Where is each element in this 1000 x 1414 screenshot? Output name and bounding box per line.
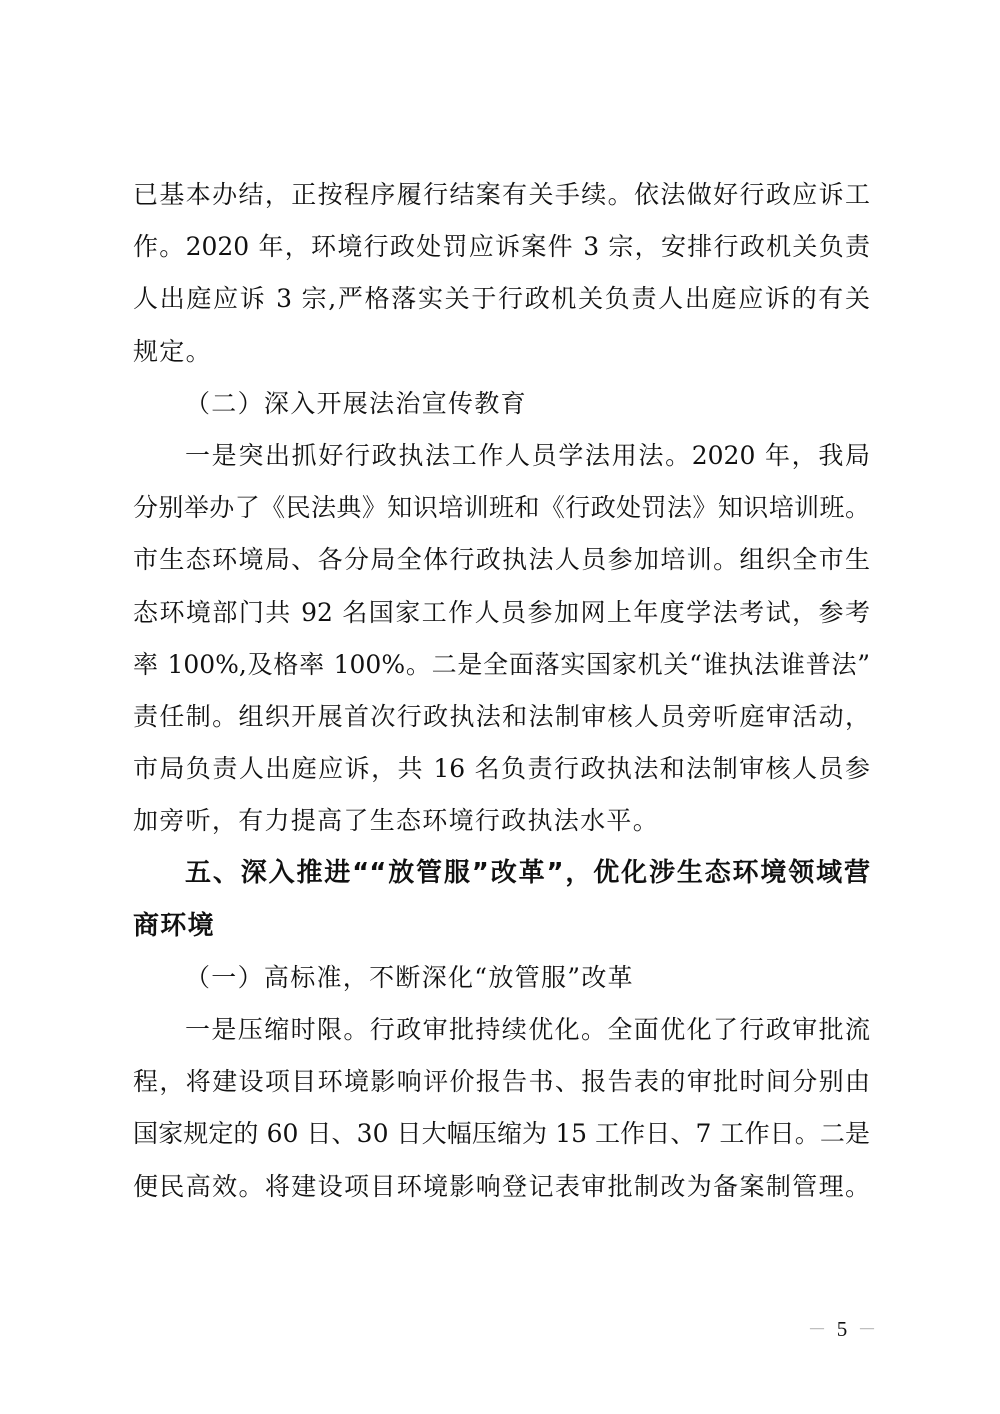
body-line: 人出庭应诉 3 宗,严格落实关于行政机关负责人出庭应诉的有关	[133, 273, 870, 325]
page-number-value: 5	[837, 1317, 848, 1342]
body-line: 已基本办结，正按程序履行结案有关手续。依法做好行政应诉工	[133, 169, 870, 221]
document-page: 已基本办结，正按程序履行结案有关手续。依法做好行政应诉工 作。2020 年，环境…	[0, 0, 1000, 1414]
body-line: 态环境部门共 92 名国家工作人员参加网上年度学法考试，参考	[133, 587, 870, 639]
body-line: 加旁听，有力提高了生态环境行政执法水平。	[133, 795, 870, 847]
body-line: 率 100%,及格率 100%。二是全面落实国家机关“谁执法谁普法”	[133, 639, 870, 691]
page-number-dash-left: —	[810, 1321, 824, 1337]
body-line: 一是压缩时限。行政审批持续优化。全面优化了行政审批流	[133, 1004, 870, 1056]
body-line: 分别举办了《民法典》知识培训班和《行政处罚法》知识培训班。	[133, 482, 870, 534]
section-heading: 五、深入推进““放管服”改革”，优化涉生态环境领域营	[133, 847, 870, 899]
body-line: 程，将建设项目环境影响评价报告书、报告表的审批时间分别由	[133, 1056, 870, 1108]
document-body: 已基本办结，正按程序履行结案有关手续。依法做好行政应诉工 作。2020 年，环境…	[133, 169, 870, 1213]
body-line: 一是突出抓好行政执法工作人员学法用法。2020 年，我局	[133, 430, 870, 482]
page-number-dash-right: —	[860, 1321, 874, 1337]
body-line: 责任制。组织开展首次行政执法和法制审核人员旁听庭审活动，	[133, 691, 870, 743]
subsection-heading: （一）高标准，不断深化“放管服”改革	[133, 952, 870, 1004]
section-heading: 商环境	[133, 900, 870, 952]
body-line: 国家规定的 60 日、30 日大幅压缩为 15 工作日、7 工作日。二是	[133, 1108, 870, 1160]
body-line: 便民高效。将建设项目环境影响登记表审批制改为备案制管理。	[133, 1161, 870, 1213]
subsection-heading: （二）深入开展法治宣传教育	[133, 378, 870, 430]
body-line: 作。2020 年，环境行政处罚应诉案件 3 宗，安排行政机关负责	[133, 221, 870, 273]
page-number: — 5 —	[810, 1314, 874, 1344]
body-line: 规定。	[133, 326, 870, 378]
body-line: 市生态环境局、各分局全体行政执法人员参加培训。组织全市生	[133, 534, 870, 586]
body-line: 市局负责人出庭应诉，共 16 名负责行政执法和法制审核人员参	[133, 743, 870, 795]
